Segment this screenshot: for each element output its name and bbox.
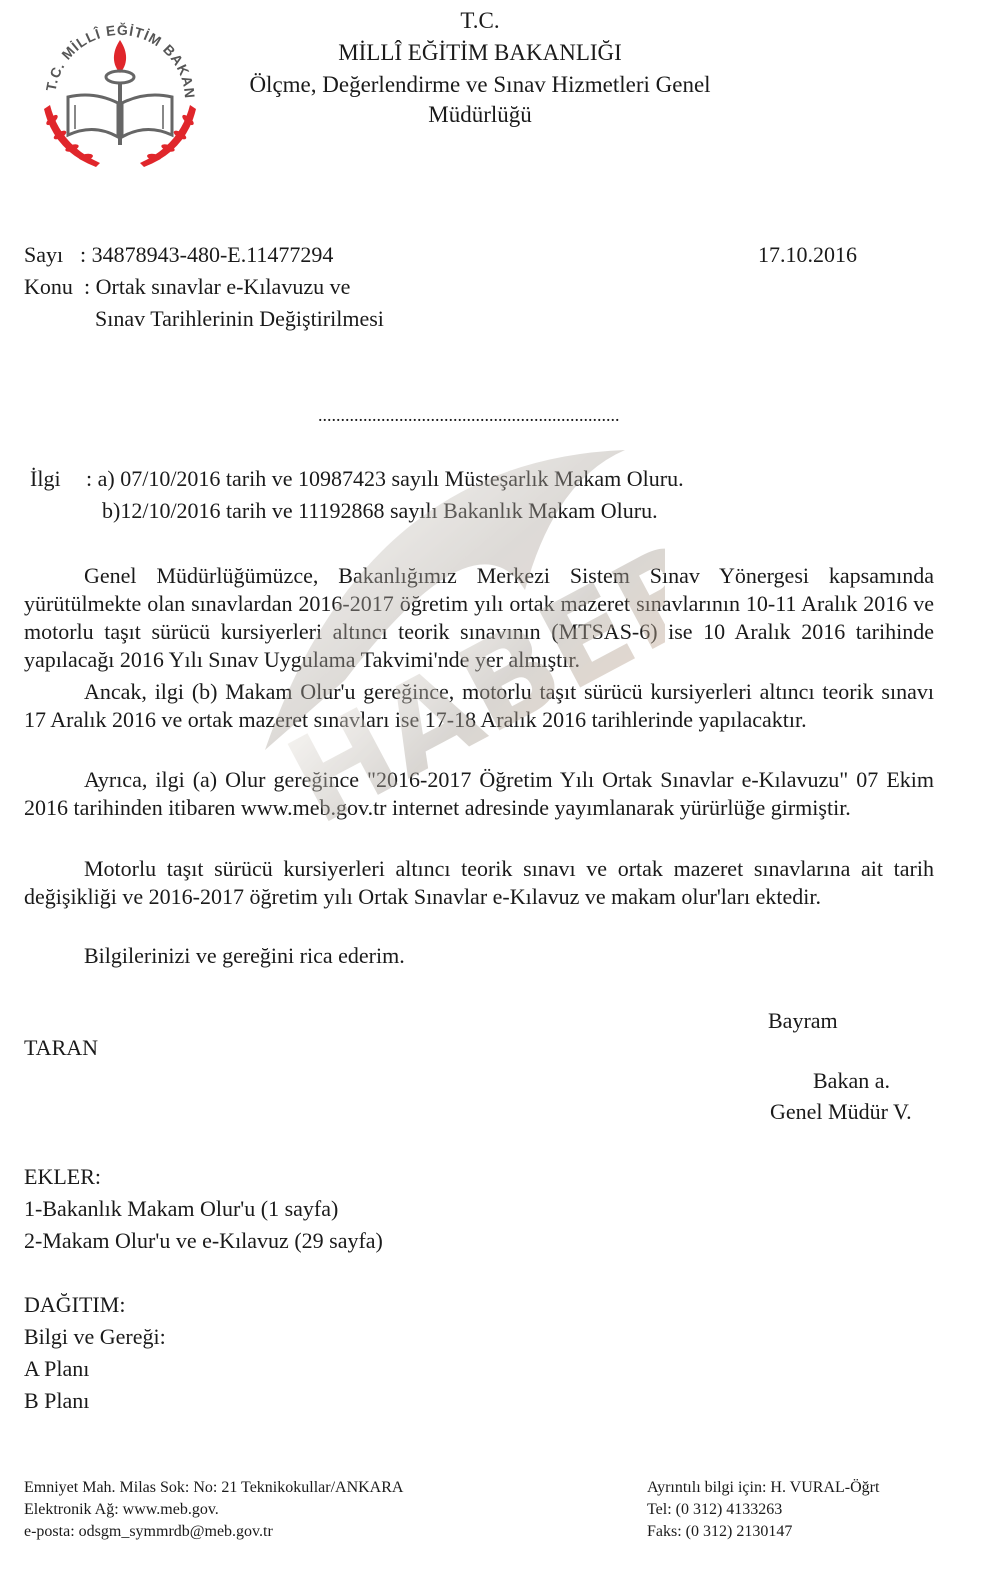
- body-paragraph-4: Motorlu taşıt sürücü kursiyerleri altınc…: [24, 855, 934, 911]
- dagitim-item: Bilgi ve Gereği:: [24, 1324, 166, 1350]
- dagitim-item: A Planı: [24, 1356, 89, 1382]
- sayi-label: Sayı: [24, 242, 63, 268]
- ekler-item: 2-Makam Olur'u ve e-Kılavuz (29 sayfa): [24, 1228, 383, 1254]
- footer-website: Elektronik Ağ: www.meb.gov.: [24, 1499, 219, 1521]
- meb-logo: T.C. MİLLÎ EĞİTİM BAKANLIĞI: [30, 5, 210, 175]
- header-tc: T.C.: [220, 6, 740, 36]
- konu-line1: : Ortak sınavlar e-Kılavuzu ve: [84, 274, 350, 300]
- header-directorate-cont: Müdürlüğü: [220, 100, 740, 130]
- body-paragraph-5: Bilgilerinizi ve gereğini rica ederim.: [24, 942, 934, 970]
- ekler-label: EKLER:: [24, 1164, 101, 1190]
- dagitim-label: DAĞITIM:: [24, 1292, 125, 1318]
- addressee-placeholder: ........................................…: [318, 405, 620, 426]
- ekler-item: 1-Bakanlık Makam Olur'u (1 sayfa): [24, 1196, 338, 1222]
- konu-line2: Sınav Tarihlerinin Değiştirilmesi: [95, 306, 384, 332]
- sayi-value: : 34878943-480-E.11477294: [80, 242, 333, 268]
- body-paragraph-2: Ancak, ilgi (b) Makam Olur'u gereğince, …: [24, 678, 934, 734]
- footer-address: Emniyet Mah. Milas Sok: No: 21 Teknikoku…: [24, 1477, 403, 1499]
- document-date: 17.10.2016: [758, 242, 857, 268]
- signer-title-1: Bakan a.: [813, 1068, 890, 1094]
- signer-first-name: Bayram: [768, 1008, 838, 1034]
- ilgi-label: İlgi: [30, 466, 61, 492]
- ilgi-a: : a) 07/10/2016 tarih ve 10987423 sayılı…: [86, 466, 684, 492]
- dagitim-item: B Planı: [24, 1388, 89, 1414]
- header-ministry: MİLLÎ EĞİTİM BAKANLIĞI: [220, 38, 740, 68]
- body-paragraph-3: Ayrıca, ilgi (a) Olur gereğince "2016-20…: [24, 766, 934, 822]
- signer-last-name: TARAN: [24, 1035, 98, 1061]
- body-paragraph-1: Genel Müdürlüğümüzce, Bakanlığımız Merke…: [24, 562, 934, 674]
- footer-contact: Ayrıntılı bilgi için: H. VURAL-Öğrt: [647, 1477, 879, 1499]
- footer-phone: Tel: (0 312) 4133263: [647, 1499, 782, 1521]
- header-directorate: Ölçme, Değerlendirme ve Sınav Hizmetleri…: [220, 70, 740, 100]
- footer-fax: Faks: (0 312) 2130147: [647, 1521, 792, 1543]
- footer-email: e-posta: odsgm_symmrdb@meb.gov.tr: [24, 1521, 273, 1543]
- konu-label: Konu: [24, 274, 73, 300]
- ilgi-b: b)12/10/2016 tarih ve 11192868 sayılı Ba…: [102, 498, 658, 524]
- signer-title-2: Genel Müdür V.: [770, 1099, 912, 1125]
- meb-emblem-icon: T.C. MİLLÎ EĞİTİM BAKANLIĞI: [30, 5, 210, 175]
- svg-text:T.C. MİLLÎ EĞİTİM BAKANLIĞI: T.C. MİLLÎ EĞİTİM BAKANLIĞI: [30, 5, 198, 100]
